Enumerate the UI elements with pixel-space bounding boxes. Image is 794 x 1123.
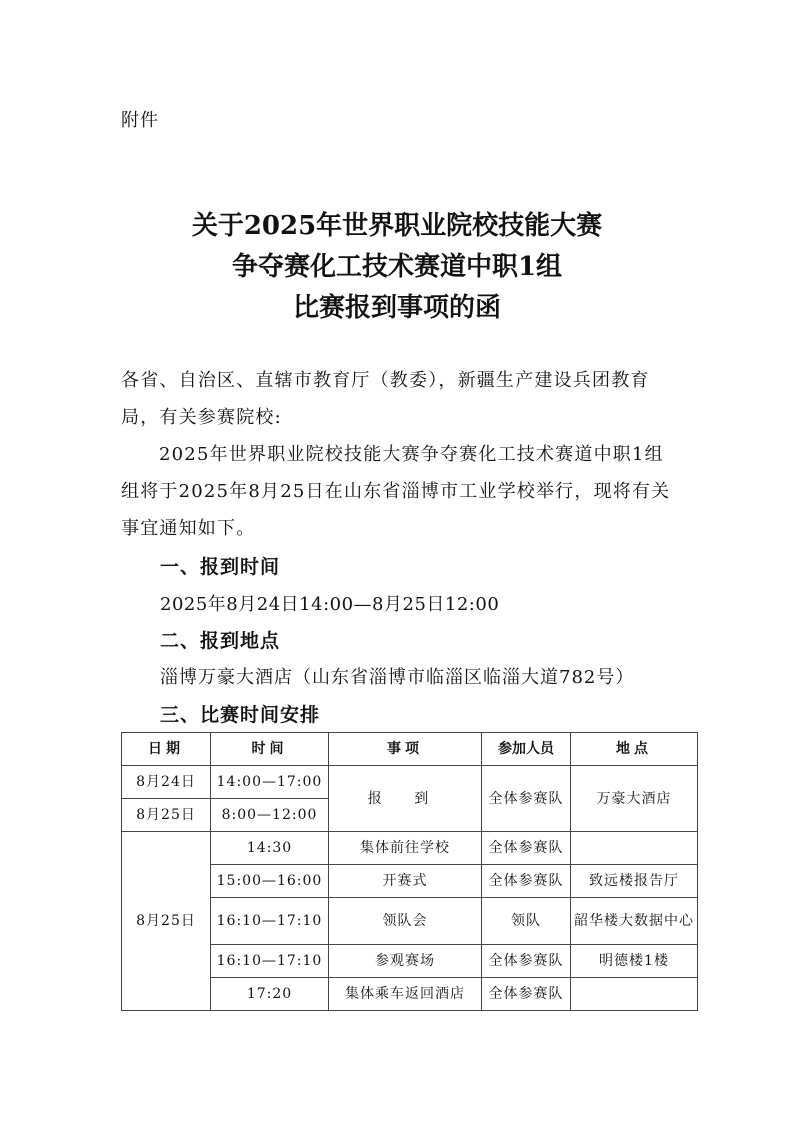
- registration-time-text: 2025年8月24日14:00—8月25日12:00: [160, 590, 499, 616]
- header-location: 地点: [571, 733, 698, 766]
- cell-item: 集体前往学校: [329, 832, 482, 865]
- section-heading-schedule: 三、比赛时间安排: [160, 700, 320, 727]
- cell-item: 参观赛场: [329, 945, 482, 978]
- title-line-3: 比赛报到事项的函: [0, 288, 794, 329]
- cell-item: 报 到: [329, 766, 482, 832]
- registration-place-text: 淄博万豪大酒店（山东省淄博市临淄区临淄大道782号）: [160, 663, 634, 689]
- attachment-label: 附件: [121, 106, 159, 132]
- cell-item: 集体乘车返回酒店: [329, 978, 482, 1011]
- header-time: 时间: [211, 733, 329, 766]
- cell-location: [571, 832, 698, 865]
- cell-date: 8月25日: [122, 832, 211, 1011]
- table-header-row: 日期 时间 事项 参加人员 地点: [122, 733, 698, 766]
- cell-participants: 全体参赛队: [482, 766, 571, 832]
- cell-date: 8月24日: [122, 766, 211, 799]
- header-item: 事项: [329, 733, 482, 766]
- cell-location: [571, 978, 698, 1011]
- cell-time: 14:00—17:00: [211, 766, 329, 799]
- cell-time: 16:10—17:10: [211, 898, 329, 945]
- cell-time: 16:10—17:10: [211, 945, 329, 978]
- cell-date: 8月25日: [122, 799, 211, 832]
- cell-participants: 全体参赛队: [482, 832, 571, 865]
- intro-paragraph: 2025年世界职业院校技能大赛争夺赛化工技术赛道中职1组组将于2025年8月25…: [121, 436, 681, 547]
- table-row: 8月25日 14:30 集体前往学校 全体参赛队: [122, 832, 698, 865]
- cell-location: 明德楼1楼: [571, 945, 698, 978]
- cell-participants: 全体参赛队: [482, 865, 571, 898]
- section-heading-registration-time: 一、报到时间: [160, 552, 280, 579]
- cell-item: 开赛式: [329, 865, 482, 898]
- cell-participants: 全体参赛队: [482, 978, 571, 1011]
- cell-location: 万豪大酒店: [571, 766, 698, 832]
- title-line-2: 争夺赛化工技术赛道中职1组: [0, 247, 794, 288]
- cell-time: 15:00—16:00: [211, 865, 329, 898]
- cell-time: 8:00—12:00: [211, 799, 329, 832]
- cell-participants: 全体参赛队: [482, 945, 571, 978]
- cell-location: 韶华楼大数据中心: [571, 898, 698, 945]
- header-date: 日期: [122, 733, 211, 766]
- salutation: 各省、自治区、直辖市教育厅（教委），新疆生产建设兵团教育局，有关参赛院校:: [121, 362, 681, 436]
- section-heading-registration-place: 二、报到地点: [160, 626, 280, 653]
- schedule-table: 日期 时间 事项 参加人员 地点 8月24日 14:00—17:00 报 到 全…: [121, 732, 698, 1011]
- table-row: 8月24日 14:00—17:00 报 到 全体参赛队 万豪大酒店: [122, 766, 698, 799]
- header-participants: 参加人员: [482, 733, 571, 766]
- cell-item: 领队会: [329, 898, 482, 945]
- cell-location: 致远楼报告厅: [571, 865, 698, 898]
- cell-participants: 领队: [482, 898, 571, 945]
- document-title: 关于2025年世界职业院校技能大赛 争夺赛化工技术赛道中职1组 比赛报到事项的函: [0, 206, 794, 329]
- cell-time: 17:20: [211, 978, 329, 1011]
- title-line-1: 关于2025年世界职业院校技能大赛: [0, 206, 794, 247]
- cell-time: 14:30: [211, 832, 329, 865]
